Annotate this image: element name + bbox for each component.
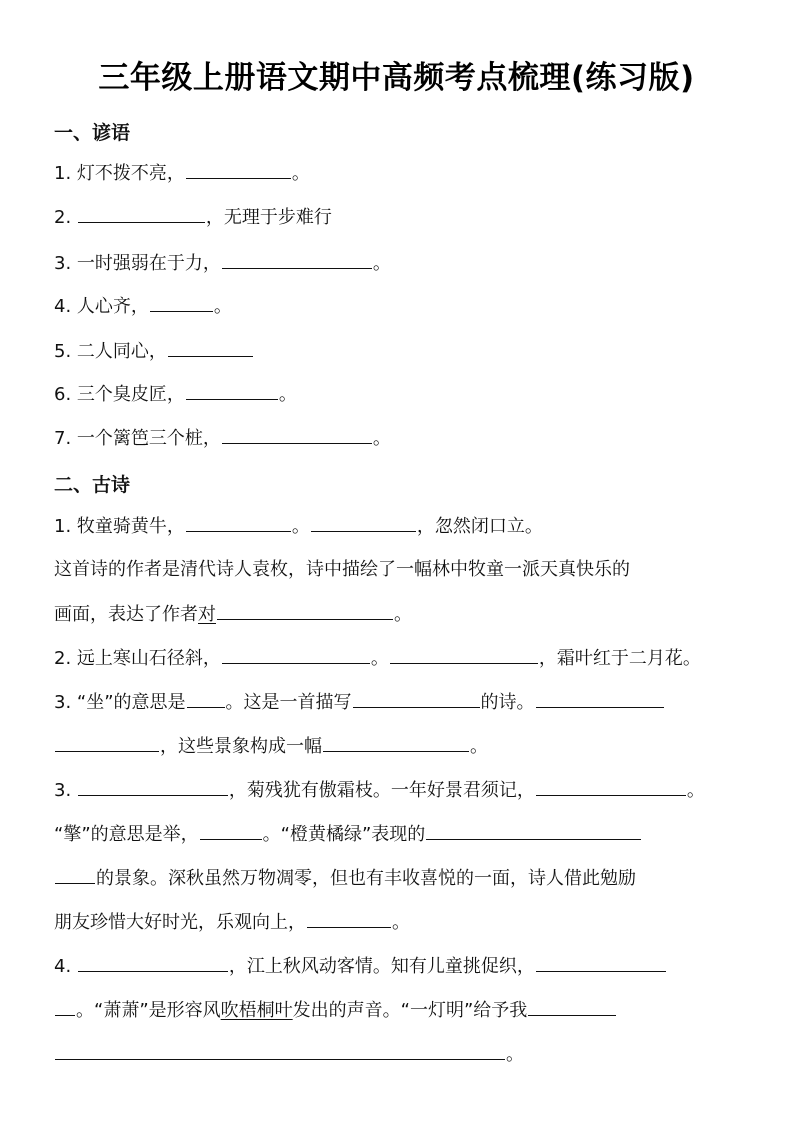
fill-in-blank[interactable] xyxy=(78,953,228,972)
question-text: 的诗。 xyxy=(481,692,535,713)
question-text: 。 xyxy=(687,780,705,801)
question-text: 1. 灯不拨不亮， xyxy=(54,163,185,184)
underlined-text: 对 xyxy=(198,604,216,625)
page-title: 三年级上册语文期中高频考点梳理(练习版) xyxy=(0,52,793,97)
fill-in-blank[interactable] xyxy=(55,865,95,884)
question-text: 。 xyxy=(394,604,412,625)
question-text: 7. 一个篱笆三个桩， xyxy=(54,428,221,449)
fill-in-blank[interactable] xyxy=(168,338,253,357)
question-line: 4. ，江上秋风动客情。知有儿童挑促织， xyxy=(54,953,667,979)
fill-in-blank[interactable] xyxy=(200,821,262,840)
fill-in-blank[interactable] xyxy=(55,997,75,1016)
question-text: 。“橙黄橘绿”表现的 xyxy=(263,824,426,845)
fill-in-blank[interactable] xyxy=(187,689,225,708)
fill-in-blank[interactable] xyxy=(536,777,686,796)
question-text: 。 xyxy=(470,736,488,757)
question-text: ，江上秋风动客情。知有儿童挑促织， xyxy=(229,956,535,977)
fill-in-blank[interactable] xyxy=(323,733,469,752)
fill-in-blank[interactable] xyxy=(150,293,213,312)
fill-in-blank[interactable] xyxy=(222,645,370,664)
question-line: 画面，表达了作者对。 xyxy=(54,601,412,627)
question-text: 3. “坐”的意思是 xyxy=(54,692,186,713)
fill-in-blank[interactable] xyxy=(186,513,291,532)
question-text: 1. 牧童骑黄牛， xyxy=(54,516,185,537)
question-line: 这首诗的作者是清代诗人袁枚，诗中描绘了一幅林中牧童一派天真快乐的 xyxy=(54,557,630,583)
question-text: 。“萧萧”是形容风 xyxy=(76,1000,221,1021)
question-text: 。 xyxy=(292,163,310,184)
question-text: 。 xyxy=(279,384,297,405)
question-line: 4. 人心齐，。 xyxy=(54,293,232,319)
question-line: 1. 牧童骑黄牛，。，忽然闭口立。 xyxy=(54,513,543,539)
question-text: 2. 远上寒山石径斜， xyxy=(54,648,221,669)
question-text: ，无理于步难行 xyxy=(206,207,332,228)
fill-in-blank[interactable] xyxy=(528,997,616,1016)
question-text: 。 xyxy=(214,296,232,317)
section-heading: 二、古诗 xyxy=(54,470,130,497)
fill-in-blank[interactable] xyxy=(426,821,641,840)
fill-in-blank[interactable] xyxy=(222,425,372,444)
fill-in-blank[interactable] xyxy=(217,601,393,620)
fill-in-blank[interactable] xyxy=(186,160,291,179)
question-text: 画面，表达了作者 xyxy=(54,604,198,625)
fill-in-blank[interactable] xyxy=(536,953,666,972)
fill-in-blank[interactable] xyxy=(307,909,391,928)
question-text: ，忽然闭口立。 xyxy=(417,516,543,537)
question-line: 的景象。深秋虽然万物凋零，但也有丰收喜悦的一面，诗人借此勉励 xyxy=(54,865,636,891)
fill-in-blank[interactable] xyxy=(186,381,278,400)
question-text: 。 xyxy=(371,648,389,669)
question-text: 2. xyxy=(54,207,77,228)
question-text: ，菊残犹有傲霜枝。一年好景君须记， xyxy=(229,780,535,801)
question-line: 5. 二人同心， xyxy=(54,338,254,364)
question-line: 。“萧萧”是形容风吹梧桐叶发出的声音。“一灯明”给予我 xyxy=(54,997,617,1023)
question-line: 2. 远上寒山石径斜，。，霜叶红于二月花。 xyxy=(54,645,701,671)
question-line: 朋友珍惜大好时光，乐观向上，。 xyxy=(54,909,410,935)
question-line: 2. ，无理于步难行 xyxy=(54,204,332,230)
fill-in-blank[interactable] xyxy=(222,250,372,269)
fill-in-blank[interactable] xyxy=(78,777,228,796)
question-text: 4. 人心齐， xyxy=(54,296,149,317)
fill-in-blank[interactable] xyxy=(390,645,538,664)
section-heading: 一、谚语 xyxy=(54,118,130,145)
question-line: 7. 一个篱笆三个桩，。 xyxy=(54,425,391,451)
question-text: 5. 二人同心， xyxy=(54,341,167,362)
question-line: “擎”的意思是举，。“橙黄橘绿”表现的 xyxy=(54,821,642,847)
fill-in-blank[interactable] xyxy=(55,1041,505,1060)
question-line: 6. 三个臭皮匠，。 xyxy=(54,381,297,407)
question-text: 发出的声音。“一灯明”给予我 xyxy=(293,1000,528,1021)
question-line: 3. ，菊残犹有傲霜枝。一年好景君须记，。 xyxy=(54,777,705,803)
question-text: ，霜叶红于二月花。 xyxy=(539,648,701,669)
question-text: 。 xyxy=(373,428,391,449)
fill-in-blank[interactable] xyxy=(55,733,159,752)
underlined-text: 吹梧桐叶 xyxy=(221,1000,293,1021)
fill-in-blank[interactable] xyxy=(536,689,664,708)
question-text: 。 xyxy=(373,253,391,274)
question-line: 3. 一时强弱在于力，。 xyxy=(54,250,391,276)
question-text: “擎”的意思是举， xyxy=(54,824,199,845)
question-text: 朋友珍惜大好时光，乐观向上， xyxy=(54,912,306,933)
question-text: 6. 三个臭皮匠， xyxy=(54,384,185,405)
question-text: 的景象。深秋虽然万物凋零，但也有丰收喜悦的一面，诗人借此勉励 xyxy=(96,868,636,889)
question-text: 3. xyxy=(54,780,77,801)
question-text: ，这些景象构成一幅 xyxy=(160,736,322,757)
question-line: 。 xyxy=(54,1041,524,1067)
fill-in-blank[interactable] xyxy=(78,204,205,223)
fill-in-blank[interactable] xyxy=(353,689,480,708)
question-line: ，这些景象构成一幅。 xyxy=(54,733,488,759)
question-line: 3. “坐”的意思是。这是一首描写的诗。 xyxy=(54,689,665,715)
question-text: 这首诗的作者是清代诗人袁枚，诗中描绘了一幅林中牧童一派天真快乐的 xyxy=(54,559,630,580)
question-text: 3. 一时强弱在于力， xyxy=(54,253,221,274)
question-text: 。 xyxy=(292,516,310,537)
question-text: 。 xyxy=(392,912,410,933)
question-text: 。这是一首描写 xyxy=(226,692,352,713)
question-text: 。 xyxy=(506,1044,524,1065)
fill-in-blank[interactable] xyxy=(311,513,416,532)
question-line: 1. 灯不拨不亮，。 xyxy=(54,160,310,186)
question-text: 4. xyxy=(54,956,77,977)
